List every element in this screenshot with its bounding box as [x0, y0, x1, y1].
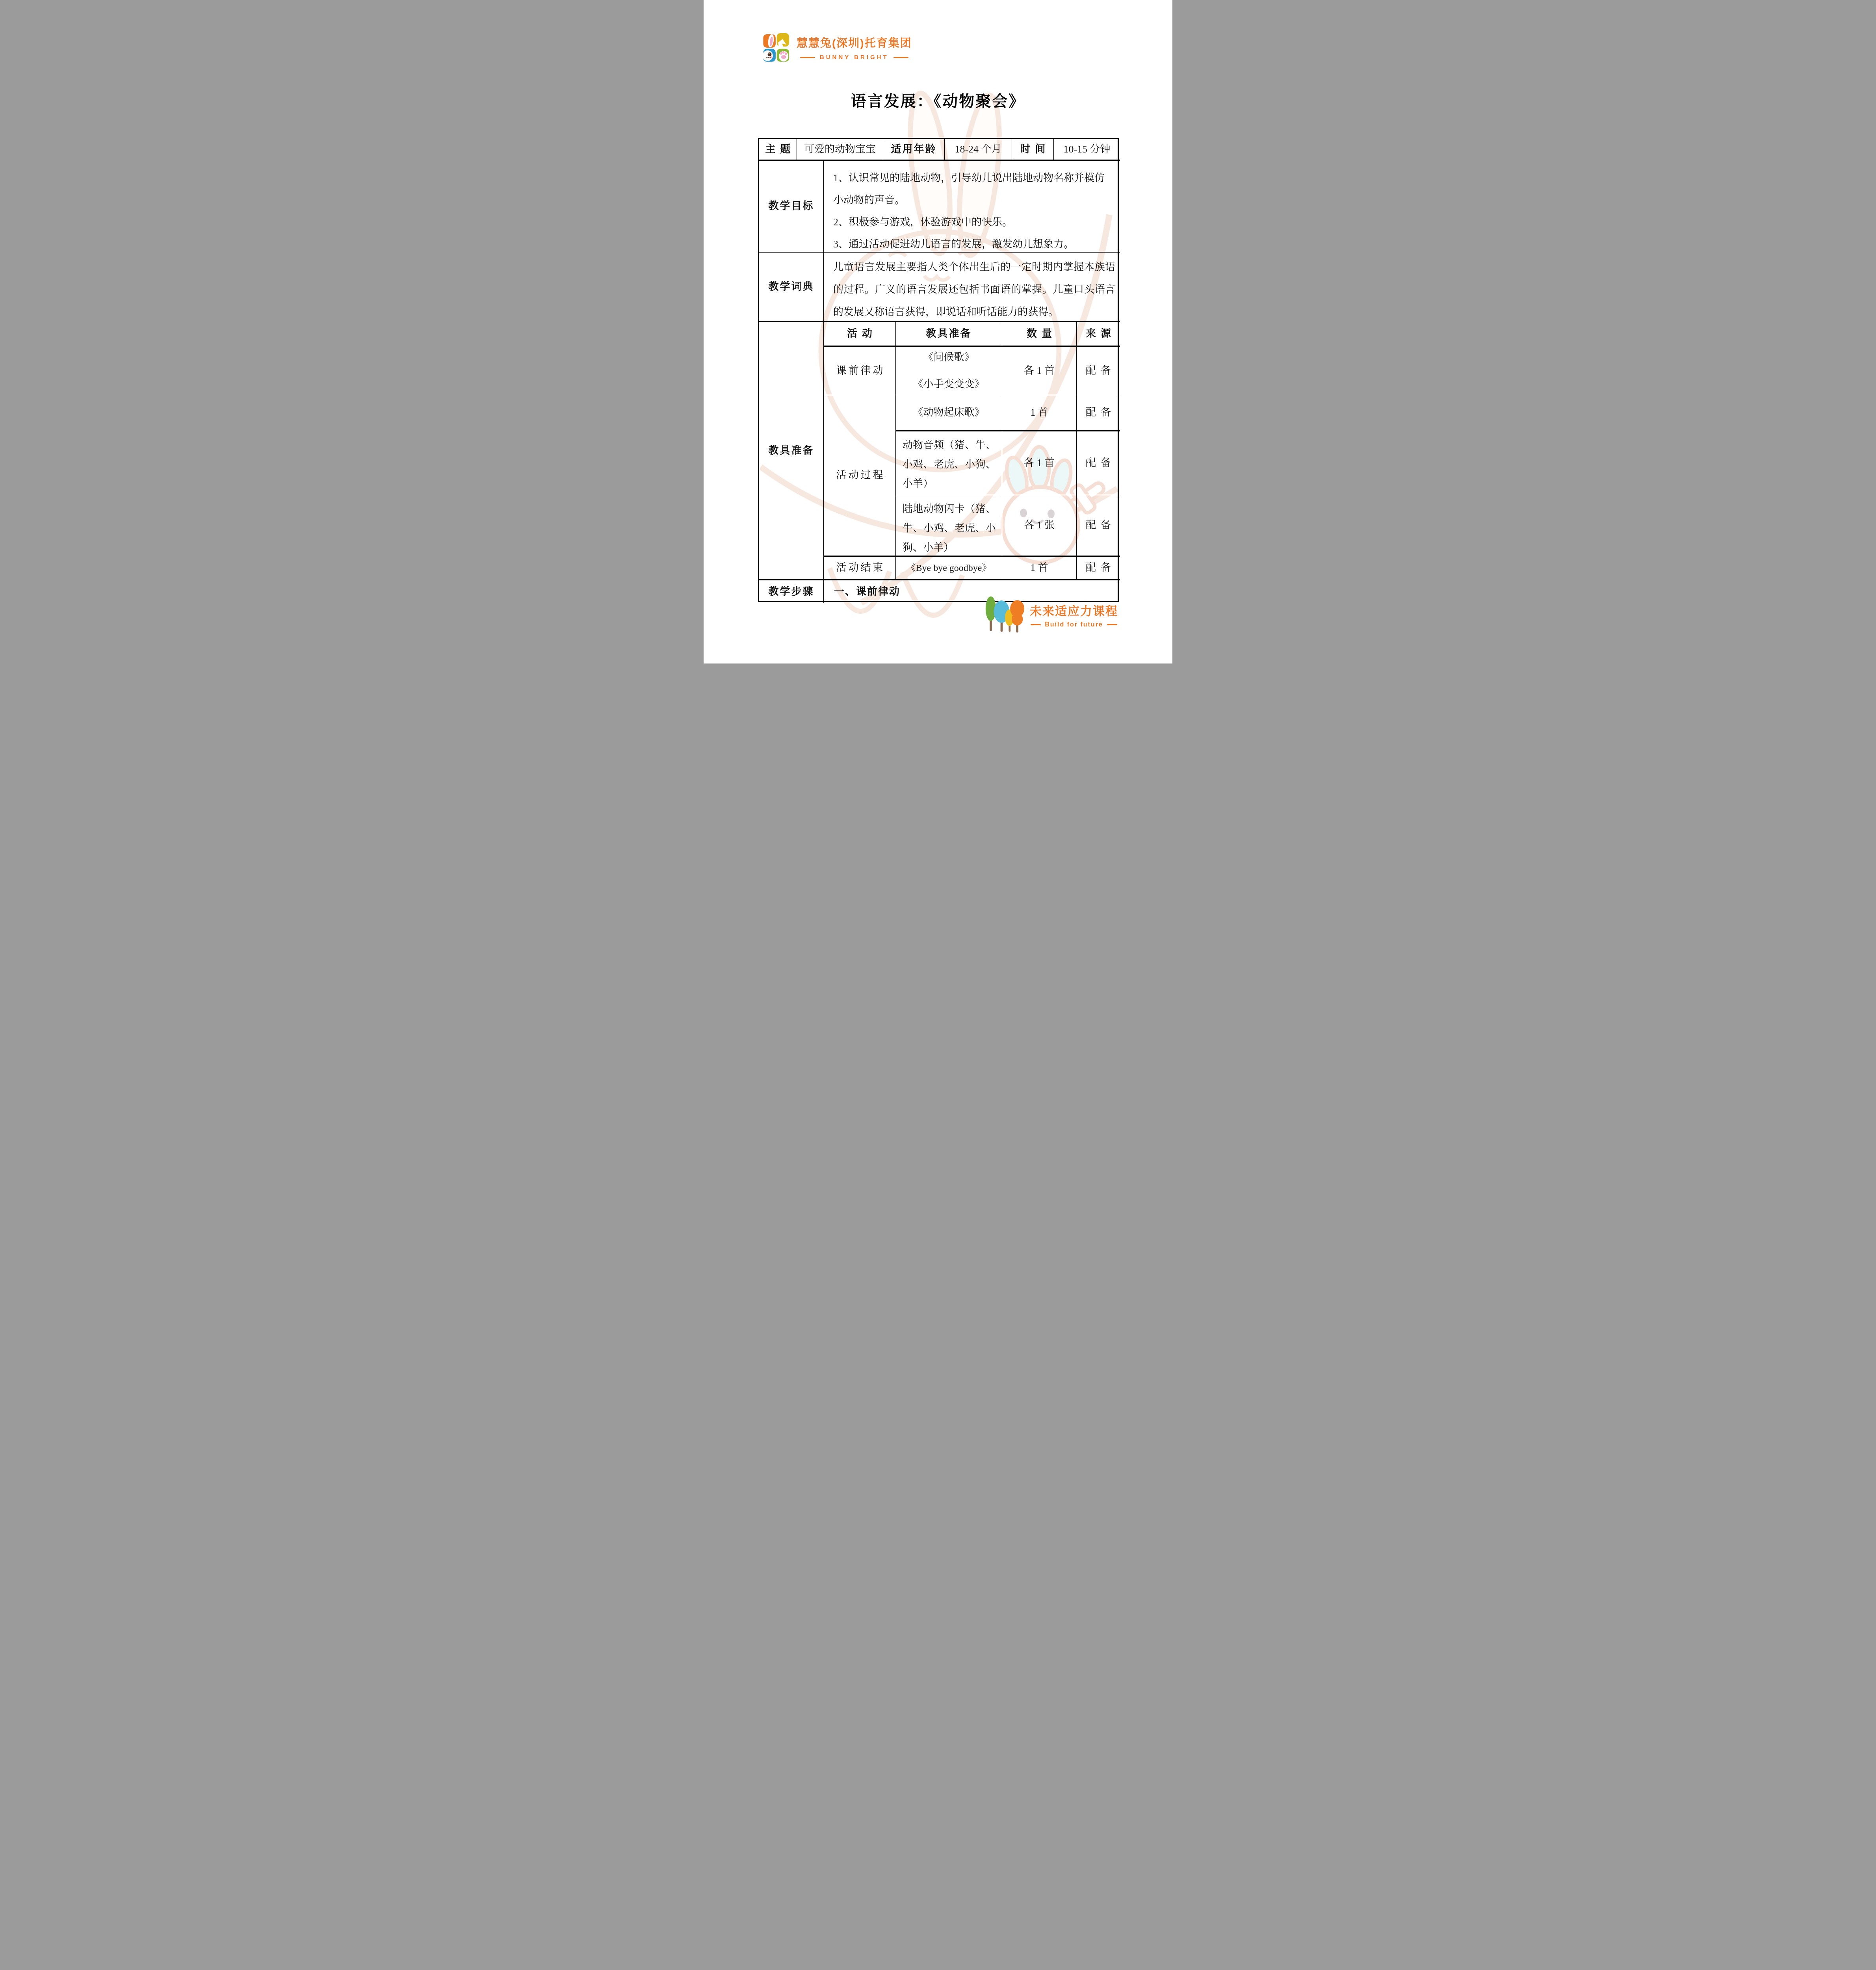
document-page: 慧慧兔(深圳)托育集团 BUNNY BRIGHT 语言发展：《动物聚会》 主题 … [704, 0, 1172, 663]
bunny-bright-logo-icon [763, 32, 790, 63]
course-name: 未来适应力课程 [1030, 601, 1118, 619]
source-cell: 配备 [1077, 395, 1120, 431]
column-header-source: 来源 [1077, 322, 1120, 347]
material-item: 《小手变变变》 [913, 378, 984, 391]
material-item-cell: 陆地动物闪卡（猪、牛、小鸡、老虎、小狗、小羊） [896, 495, 1002, 557]
company-name: 慧慧兔(深圳)托育集团 [797, 35, 912, 50]
decorative-dash [893, 57, 908, 58]
decorative-dash [1107, 624, 1117, 625]
material-item-cell: 动物音频（猪、牛、小鸡、老虎、小狗、小羊） [896, 431, 1002, 495]
materials-label: 教具准备 [759, 322, 824, 580]
theme-value: 可爱的动物宝宝 [797, 139, 883, 161]
source-cell: 配备 [1077, 347, 1120, 395]
source-cell: 配备 [1077, 431, 1120, 495]
age-label: 适用年龄 [883, 139, 945, 161]
column-header-item: 教具准备 [896, 322, 1002, 347]
header-logo: 慧慧兔(深圳)托育集团 BUNNY BRIGHT [763, 32, 912, 63]
activity-cell: 活动过程 [824, 395, 896, 557]
trees-logo-icon [984, 596, 1025, 634]
time-value: 10-15 分钟 [1054, 139, 1120, 161]
column-header-qty: 数量 [1002, 322, 1077, 347]
material-item-cell: 《问候歌》 《小手变变变》 [896, 347, 1002, 395]
lesson-plan-table: 主题 可爱的动物宝宝 适用年龄 18-24 个月 时间 10-15 分钟 教学目… [758, 138, 1119, 602]
source-cell: 配备 [1077, 557, 1120, 580]
column-header-activity: 活动 [824, 322, 896, 347]
objective-item: 2、积极参与游戏，体验游戏中的快乐。 [833, 211, 1113, 233]
source-cell: 配备 [1077, 495, 1120, 557]
time-label: 时间 [1012, 139, 1054, 161]
decorative-dash [1031, 624, 1041, 625]
material-item-cell: 《动物起床歌》 [896, 395, 1002, 431]
quantity-cell: 1 首 [1002, 395, 1077, 431]
dictionary-label: 教学词典 [759, 253, 824, 322]
course-name-en: Build for future [1045, 621, 1103, 628]
footer-logo: 未来适应力课程 Build for future [984, 596, 1118, 634]
quantity-cell: 各 1 张 [1002, 495, 1077, 557]
material-item-cell: 《Bye bye goodbye》 [896, 557, 1002, 580]
decorative-dash [800, 57, 815, 58]
objective-item: 1、认识常见的陆地动物，引导幼儿说出陆地动物名称并模仿小动物的声音。 [833, 167, 1113, 211]
dictionary-content: 儿童语言发展主要指人类个体出生后的一定时期内掌握本族语的过程。广义的语言发展还包… [824, 253, 1120, 322]
quantity-cell: 各 1 首 [1002, 431, 1077, 495]
company-name-en: BUNNY BRIGHT [820, 54, 889, 61]
steps-label: 教学步骤 [759, 580, 824, 603]
objectives-label: 教学目标 [759, 161, 824, 253]
objectives-content: 1、认识常见的陆地动物，引导幼儿说出陆地动物名称并模仿小动物的声音。 2、积极参… [824, 161, 1120, 253]
quantity-cell: 1 首 [1002, 557, 1077, 580]
page-title: 语言发展：《动物聚会》 [704, 89, 1172, 111]
age-value: 18-24 个月 [945, 139, 1012, 161]
activity-cell: 活动结束 [824, 557, 896, 580]
objective-item: 3、通过活动促进幼儿语言的发展，激发幼儿想象力。 [833, 233, 1113, 255]
theme-label: 主题 [759, 139, 797, 161]
quantity-cell: 各 1 首 [1002, 347, 1077, 395]
activity-cell: 课前律动 [824, 347, 896, 395]
material-item: 《问候歌》 [923, 351, 974, 364]
